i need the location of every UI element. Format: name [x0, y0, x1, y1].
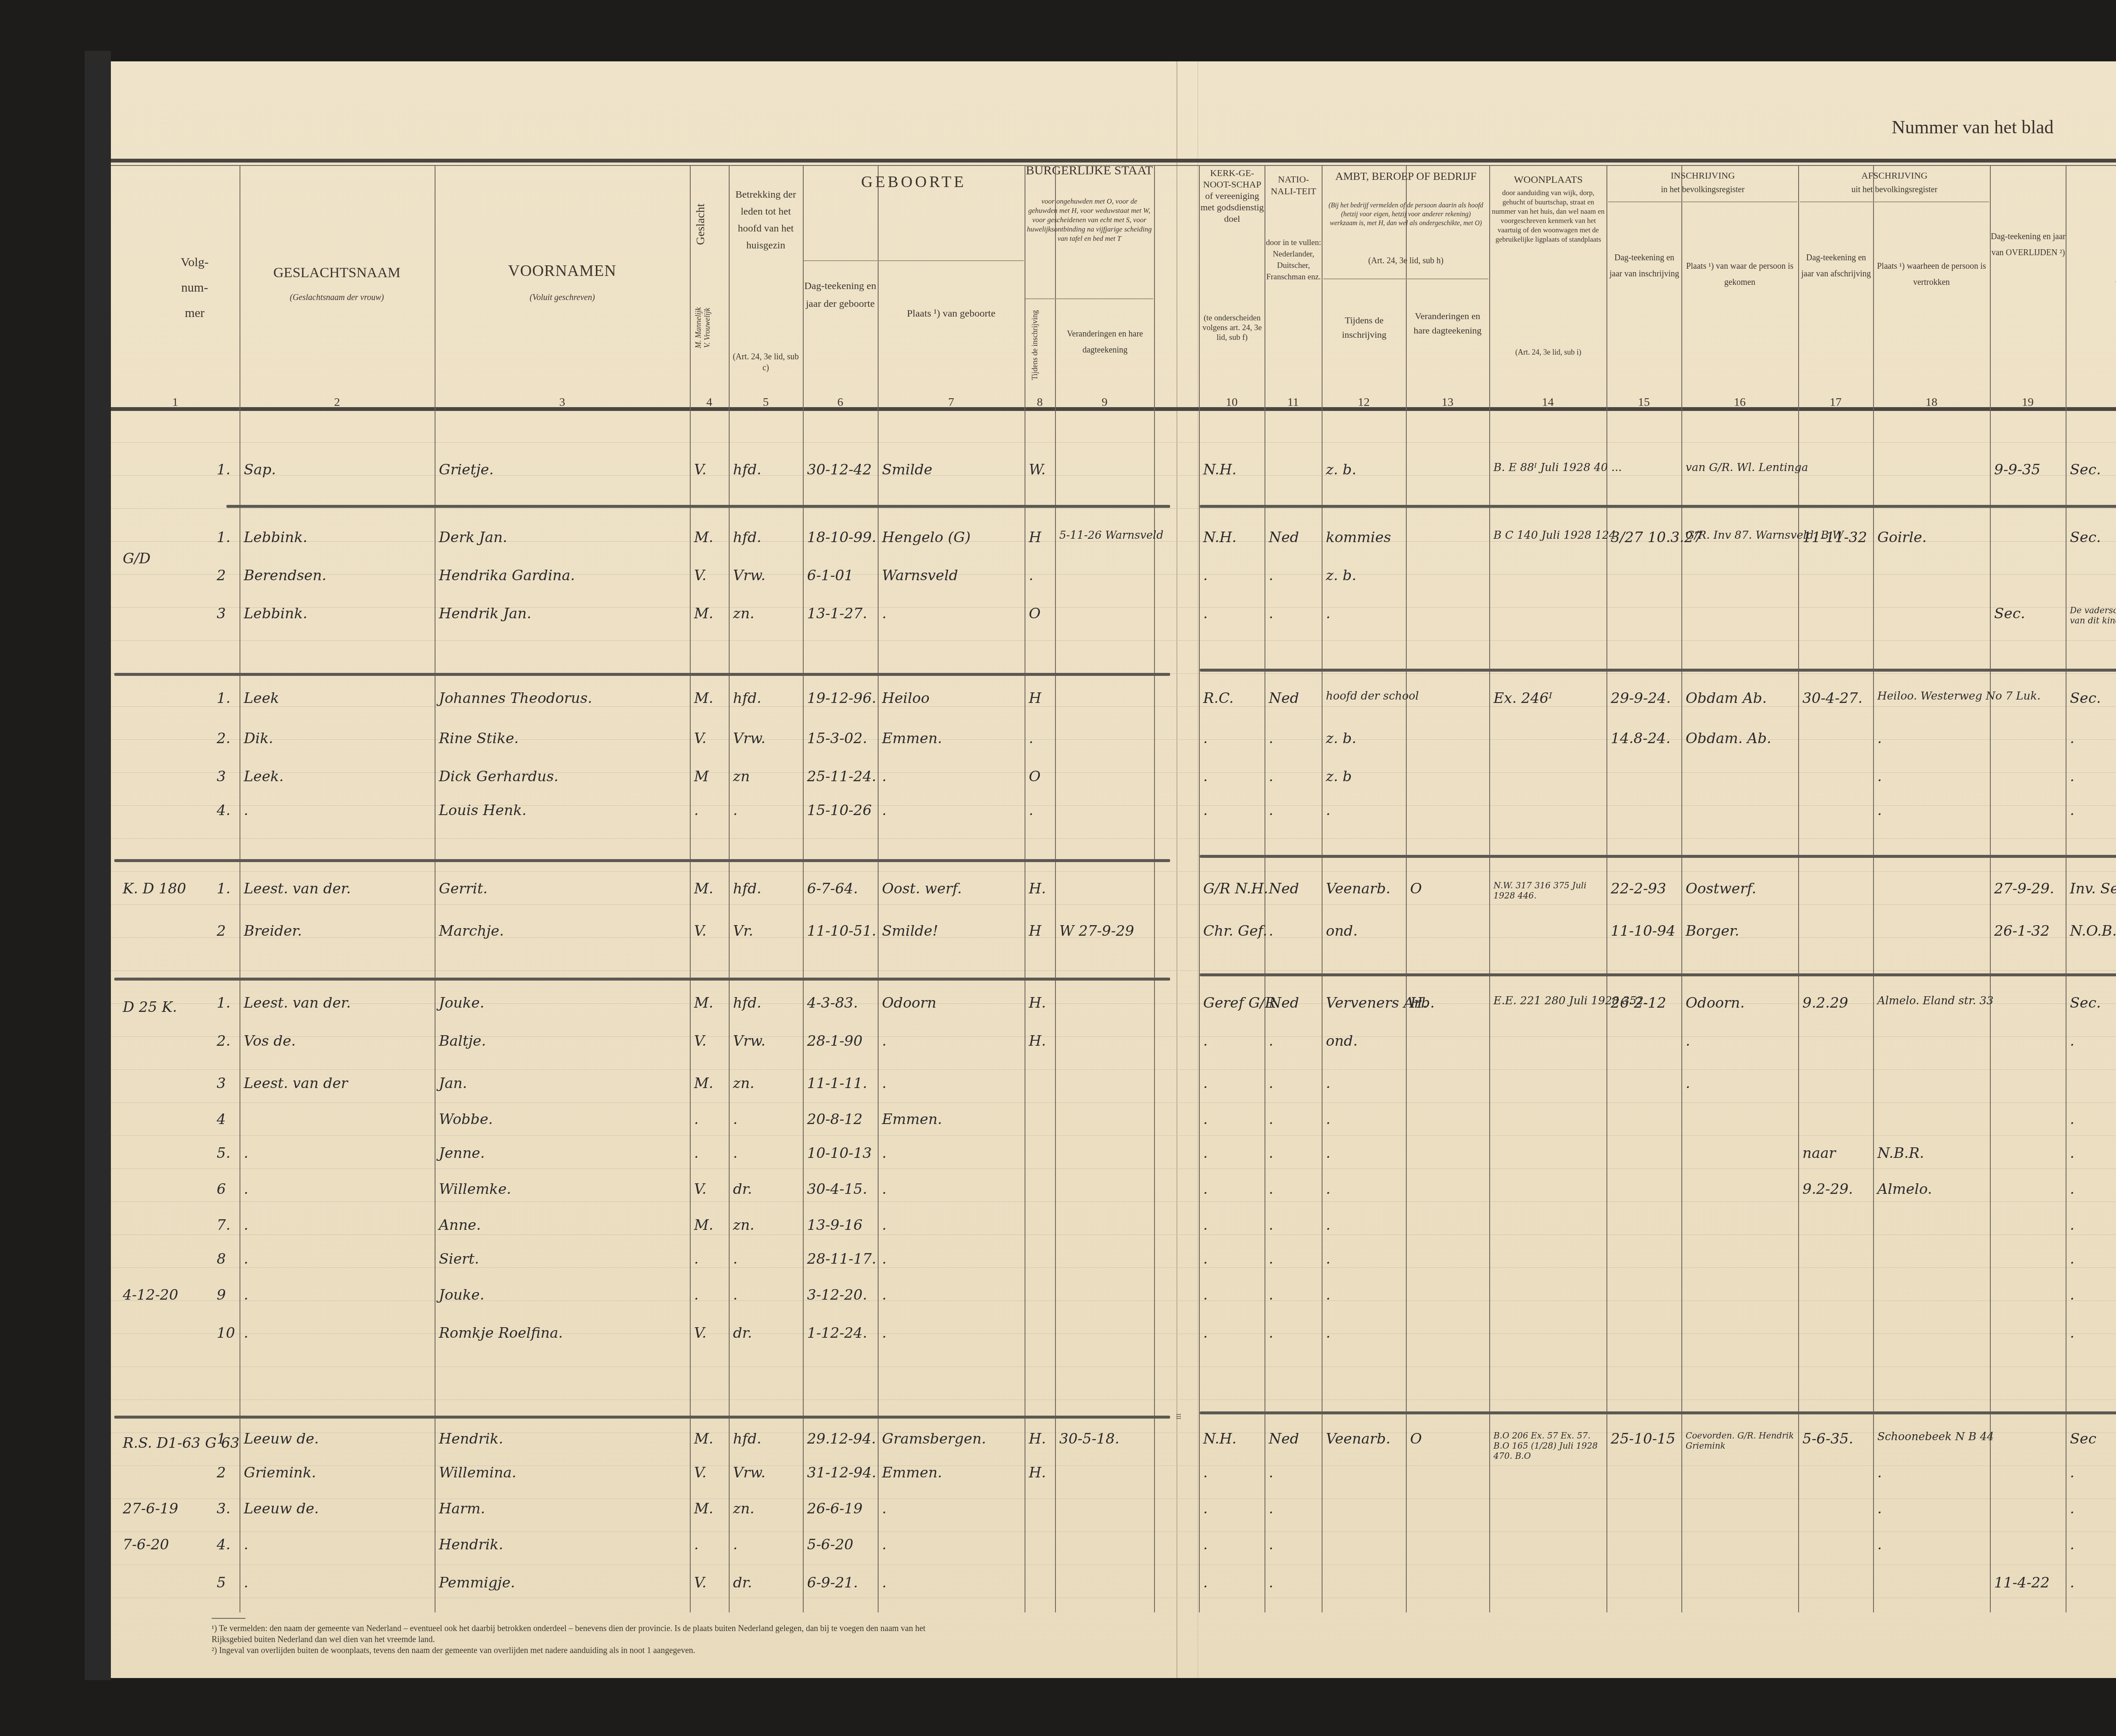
entry-given: Louis Henk.: [439, 802, 526, 819]
entry-birth-date: 13-9-16: [807, 1217, 862, 1234]
entry-birth-date: 13-1-27.: [807, 605, 867, 622]
entry-religion: G/R N.H.: [1203, 880, 1268, 897]
ruled-line: [111, 739, 2116, 740]
entry-relation: hfd.: [733, 995, 761, 1011]
entry-given: Hendrika Gardina.: [439, 567, 575, 584]
ruled-line: [111, 1268, 2116, 1268]
ruled-line: [111, 1135, 2116, 1136]
entry-nationality: .: [1269, 1287, 1273, 1303]
entry-surname: .: [244, 1181, 248, 1198]
entry-relation: Vrw.: [733, 1464, 766, 1481]
entry-residence: Ex. 246ᴵ: [1493, 690, 1552, 707]
entry-civil: O: [1029, 768, 1041, 785]
entry-civil: H.: [1029, 1033, 1046, 1050]
header-inschrijving-sub: in het bevolkingsregister: [1607, 183, 1798, 196]
header-afschrijving-datum: Dag-teekening en jaar van afschrijving: [1799, 250, 1873, 282]
entry-occupation: ond.: [1326, 923, 1358, 940]
entry-remarks: .: [2070, 1217, 2075, 1234]
column-number: 5: [729, 396, 803, 409]
ruled-line: [111, 1168, 2116, 1169]
entry-birth-date: 29.12-94.: [807, 1430, 876, 1447]
entry-sex: .: [694, 1145, 699, 1162]
entry-religion: .: [1203, 605, 1208, 622]
header-ambt: AMBT, BEROEP OF BEDRIJF: [1322, 169, 1489, 184]
column-number: 14: [1489, 396, 1606, 409]
entry-remarks: Inv. Sec.: [2070, 880, 2116, 897]
entry-religion: .: [1203, 1181, 1208, 1198]
entry-nationality: .: [1269, 1574, 1273, 1591]
entry-nr: 5.: [217, 1145, 230, 1162]
entry-given: Jouke.: [439, 995, 485, 1011]
household-margin-note: D 25 K.: [123, 999, 177, 1016]
entry-birth-place: .: [882, 768, 887, 785]
entry-religion: N.H.: [1203, 1430, 1237, 1447]
ruled-line: [111, 1234, 2116, 1235]
ruled-line: [111, 772, 2116, 773]
entry-occupation: ond.: [1326, 1033, 1358, 1050]
entry-relation: Vrw.: [733, 730, 766, 747]
entry-civil: .: [1029, 802, 1033, 819]
entry-from-place: Odoorn.: [1686, 995, 1745, 1011]
entry-given: Dick Gerhardus.: [439, 768, 558, 785]
entry-birth-place: Emmen.: [882, 1464, 942, 1481]
entry-occ-change: O: [1410, 880, 1422, 897]
entry-remarks: .: [2070, 1111, 2075, 1128]
entry-residence: N.W. 317 316 375 Juli 1928 446.: [1493, 880, 1606, 901]
column-number: 9: [1055, 396, 1154, 409]
column-divider: [1990, 165, 1991, 1612]
column-divider: [1154, 165, 1155, 1612]
ruled-line: [111, 508, 2116, 509]
column-number: 1: [111, 396, 240, 409]
entry-nr: 2: [217, 567, 226, 584]
ruled-line: [111, 1499, 2116, 1499]
header-inschrijving: INSCHRIJVING: [1607, 169, 1798, 182]
header-afschrijving-sub: uit het bevolkingsregister: [1799, 183, 1990, 196]
ruled-line: [111, 1069, 2116, 1070]
gutter-mark: III: [1174, 1414, 1181, 1419]
entry-birth-place: .: [882, 802, 887, 819]
entry-nationality: .: [1269, 1145, 1273, 1162]
entry-surname: .: [244, 1574, 248, 1591]
column-number: 2: [240, 396, 435, 409]
entry-surname: Leek.: [244, 768, 284, 785]
footnotes: ¹) Te vermelden: den naam der gemeente v…: [212, 1623, 931, 1656]
entry-nr: 1.: [217, 995, 230, 1011]
entry-nr: 1.: [217, 880, 230, 897]
entry-to-place: .: [1877, 1464, 1882, 1481]
column-divider: [1055, 165, 1056, 1612]
entry-relation: .: [733, 1111, 738, 1128]
entry-reg-date: 25-10-15: [1611, 1430, 1675, 1447]
entry-given: Marchje.: [439, 923, 504, 940]
header-nationaliteit-sub: door in te vullen: Nederlander, Duitsche…: [1265, 237, 1322, 283]
entry-nr: 3.: [217, 1500, 230, 1517]
header-tijdens-inschrijving: Tijdens de inschrijving: [1030, 300, 1039, 389]
entry-nationality: Ned: [1269, 1430, 1299, 1447]
entry-relation: hfd.: [733, 529, 761, 546]
header-geboorte-datum: Dag-teekening en jaar der geboorte: [803, 277, 878, 313]
entry-nationality: .: [1269, 1075, 1273, 1092]
household-separator: [1200, 505, 2116, 508]
entry-sex: V.: [694, 461, 706, 478]
entry-sex: V.: [694, 1325, 706, 1342]
column-divider: [729, 165, 730, 1612]
entry-religion: .: [1203, 1574, 1208, 1591]
entry-birth-place: .: [882, 1325, 887, 1342]
entry-civil: W.: [1029, 461, 1046, 478]
entry-religion: .: [1203, 1536, 1208, 1553]
entry-surname: Dik.: [244, 730, 273, 747]
ruled-line: [111, 970, 2116, 971]
entry-sex: .: [694, 1251, 699, 1268]
entry-occupation: .: [1326, 1145, 1331, 1162]
column-divider: [1873, 165, 1874, 1612]
column-number: 15: [1606, 396, 1681, 409]
entry-surname: Berendsen.: [244, 567, 326, 584]
entry-birth-date: 18-10-99.: [807, 529, 876, 546]
ruled-line: [111, 1334, 2116, 1334]
entry-occupation: .: [1326, 1075, 1331, 1092]
entry-given: Hendrik.: [439, 1430, 503, 1447]
ruled-line: [111, 1102, 2116, 1103]
entry-religion: .: [1203, 1033, 1208, 1050]
entry-nr: 2.: [217, 730, 230, 747]
entry-reg-date: 22-2-93: [1611, 880, 1666, 897]
column-divider: [1199, 165, 1200, 1612]
entry-reg-date: 14.8-24.: [1611, 730, 1670, 747]
entry-surname: Lebbink.: [244, 605, 307, 622]
header-ambt-ref: (Art. 24, 3e lid, sub h): [1322, 254, 1489, 267]
entry-sex: M.: [694, 880, 714, 897]
entry-sex: M: [694, 768, 709, 785]
column-number: 8: [1025, 396, 1055, 409]
entry-religion: .: [1203, 1500, 1208, 1517]
column-number: 10: [1199, 396, 1265, 409]
entry-nationality: .: [1269, 1325, 1273, 1342]
entry-death: 11-4-22: [1994, 1574, 2050, 1591]
entry-remarks: .: [2070, 1251, 2075, 1268]
burgerlijke-sub-rule: [1025, 298, 1153, 299]
entry-given: Siert.: [439, 1251, 479, 1268]
entry-dereg-date: 11-11-32: [1802, 529, 1867, 546]
entry-relation: dr.: [733, 1181, 752, 1198]
entry-birth-date: 1-12-24.: [807, 1325, 867, 1342]
entry-reg-date: 11-10-94: [1611, 923, 1675, 940]
column-divider: [1606, 165, 1607, 1612]
entry-residence: B.O 206 Ex. 57 Ex. 57. B.O 165 (1/28) Ju…: [1493, 1430, 1606, 1461]
entry-civil: H: [1029, 690, 1041, 707]
entry-occupation: .: [1326, 1181, 1331, 1198]
entry-remarks: Sec.: [2070, 995, 2101, 1011]
ruled-line: [111, 640, 2116, 641]
entry-remarks: N.O.B. .: [2070, 923, 2116, 940]
entry-remarks: Sec.: [2070, 461, 2101, 478]
entry-birth-date: 5-6-20: [807, 1536, 854, 1553]
ruled-line: [111, 1036, 2116, 1037]
header-geslacht: Geslacht: [694, 182, 708, 267]
column-number: 12: [1322, 396, 1406, 409]
entry-nr: 1.: [217, 1430, 230, 1447]
entry-civil: H: [1029, 529, 1041, 546]
entry-from-place: Obdam Ab.: [1686, 690, 1767, 707]
entry-occupation: .: [1326, 1287, 1331, 1303]
entry-birth-date: 6-7-64.: [807, 880, 858, 897]
entry-surname: Leest. van der: [244, 1075, 348, 1092]
page-gutter-line: [1198, 61, 1198, 1678]
entry-nr: 1.: [217, 461, 230, 478]
entry-to-place: Heiloo. Westerweg No 7 Luk.: [1877, 690, 2041, 703]
entry-surname: Leek: [244, 690, 279, 707]
entry-nr: 8: [217, 1251, 226, 1268]
entry-relation: zn.: [733, 1500, 755, 1517]
entry-relation: zn.: [733, 1217, 755, 1234]
column-number: 18: [1873, 396, 1990, 409]
header-woonplaats: WOONPLAATS: [1490, 174, 1606, 186]
column-divider: [435, 165, 435, 1612]
entry-sex: .: [694, 1536, 699, 1553]
entry-religion: .: [1203, 1251, 1208, 1268]
entry-remarks: .: [2070, 1145, 2075, 1162]
entry-surname: .: [244, 1145, 248, 1162]
entry-religion: .: [1203, 1111, 1208, 1128]
household-separator: [1200, 1411, 2116, 1414]
entry-birth-date: 28-11-17.: [807, 1251, 876, 1268]
entry-remarks: .: [2070, 1464, 2075, 1481]
header-geboorte: GEBOORTE: [803, 174, 1025, 190]
entry-nr: 3: [217, 1075, 226, 1092]
entry-sex: V.: [694, 1574, 706, 1591]
header-geboorte-plaats: Plaats ¹) van geboorte: [878, 305, 1025, 322]
entry-nr: 1.: [217, 690, 230, 707]
household-margin-note: G/D: [123, 550, 151, 567]
ruled-line: [111, 442, 2116, 443]
entry-relation: Vrw.: [733, 567, 766, 584]
ruled-line: [111, 904, 2116, 905]
entry-given: Baltje.: [439, 1033, 486, 1050]
entry-remarks: .: [2070, 1574, 2075, 1591]
entry-from-place: Borger.: [1686, 923, 1739, 940]
header-inschrijving-plaats: Plaats ¹) van waar de persoon is gekomen: [1681, 258, 1798, 290]
column-number: 3: [435, 396, 690, 409]
entry-civil: .: [1029, 567, 1033, 584]
entry-dereg-date: 30-4-27.: [1802, 690, 1863, 707]
header-ambt-sub: (Bij het bedrijf vermelden of de persoon…: [1327, 201, 1485, 228]
entry-from-place: van G/R. Wl. Lentinga: [1686, 461, 1808, 474]
header-voornamen: VOORNAMEN: [435, 262, 690, 279]
entry-sex: M.: [694, 1217, 714, 1234]
entry-surname: Griemink.: [244, 1464, 316, 1481]
entry-nationality: .: [1269, 1111, 1273, 1128]
header-kerkgenootschap: KERK-GE-NOOT-SCHAP of vereeniging met go…: [1200, 167, 1265, 224]
entry-nationality: .: [1269, 802, 1273, 819]
entry-occ-change: O: [1410, 1430, 1422, 1447]
entry-relation: .: [733, 802, 738, 819]
entry-nationality: Ned: [1269, 880, 1299, 897]
header-woonplaats-sub: door aanduiding van wijk, dorp, gehucht …: [1492, 188, 1605, 244]
entry-civil-change: 30-5-18.: [1059, 1430, 1119, 1447]
ruled-line: [111, 838, 2116, 839]
entry-civil: .: [1029, 730, 1033, 747]
entry-death: 26-1-32: [1994, 923, 2050, 940]
header-voornamen-sub: (Voluit geschreven): [435, 292, 690, 303]
entry-surname: Breider.: [244, 923, 302, 940]
column-number: 20: [2066, 396, 2116, 409]
entry-from-place: Coevorden. G/R. Hendrik Griemink: [1686, 1430, 1797, 1451]
entry-sex: M.: [694, 995, 714, 1011]
entry-birth-date: 26-6-19: [807, 1500, 862, 1517]
column-number: 19: [1990, 396, 2066, 409]
column-divider: [1025, 165, 1025, 1612]
entry-remarks: Sec.: [2070, 690, 2101, 707]
entry-nationality: Ned: [1269, 529, 1299, 546]
household-separator: [114, 673, 1170, 676]
entry-nr: 5: [217, 1574, 226, 1591]
entry-surname: Leeuw de.: [244, 1430, 319, 1447]
entry-to-place: Almelo. Eland str. 33: [1877, 995, 1994, 1007]
entry-birth-date: 10-10-13: [807, 1145, 872, 1162]
entry-civil: H.: [1029, 1464, 1046, 1481]
entry-nationality: .: [1269, 1251, 1273, 1268]
entry-surname: Lebbink.: [244, 529, 307, 546]
entry-sex: .: [694, 802, 699, 819]
entry-birth-place: Emmen.: [882, 1111, 942, 1128]
entry-death: Sec.: [1994, 605, 2025, 622]
entry-religion: .: [1203, 730, 1208, 747]
entry-relation: .: [733, 1145, 738, 1162]
entry-civil-change: 5-11-26 Warnsveld: [1059, 529, 1163, 542]
entry-remarks: .: [2070, 1287, 2075, 1303]
column-divider: [803, 165, 804, 1612]
entry-occupation: z. b.: [1326, 461, 1356, 478]
entry-sex: V.: [694, 1033, 706, 1050]
header-burgerlijke-staat-sub: voor ongehuwden met O, voor de gehuwden …: [1026, 197, 1152, 243]
ruled-line: [111, 574, 2116, 575]
header-ambt-tijdens: Tijdens de inschrijving: [1322, 313, 1406, 342]
entry-birth-place: .: [882, 1251, 887, 1268]
entry-relation: .: [733, 1536, 738, 1553]
entry-to-place: .: [1877, 802, 1882, 819]
ruled-line: [111, 871, 2116, 872]
inschrijving-sub-rule: [1608, 201, 1797, 202]
entry-relation: hfd.: [733, 880, 761, 897]
entry-remarks: .: [2070, 730, 2075, 747]
entry-surname: Sap.: [244, 461, 276, 478]
column-divider: [1798, 165, 1799, 1612]
entry-surname: Leeuw de.: [244, 1500, 319, 1517]
entry-birth-date: 11-1-11.: [807, 1075, 867, 1092]
entry-given: Derk Jan.: [439, 529, 507, 546]
header-burgerlijke-staat: BURGERLIJKE STAAT: [1025, 163, 1154, 178]
entry-to-place: .: [1877, 1500, 1882, 1517]
entry-surname: .: [244, 1325, 248, 1342]
entry-given: Jouke.: [439, 1287, 485, 1303]
entry-sex: .: [694, 1111, 699, 1128]
entry-occupation: z. b.: [1326, 730, 1356, 747]
entry-relation: Vrw.: [733, 1033, 766, 1050]
entry-birth-date: 20-8-12: [807, 1111, 862, 1128]
entry-birth-date: 28-1-90: [807, 1033, 862, 1050]
entry-birth-place: .: [882, 1536, 887, 1553]
entry-birth-date: 4-3-83.: [807, 995, 858, 1011]
entry-religion: Chr. Gef.: [1203, 923, 1267, 940]
entry-remarks: .: [2070, 1536, 2075, 1553]
entry-to-place: Schoonebeek N B 44: [1877, 1430, 1994, 1443]
entry-religion: .: [1203, 1287, 1208, 1303]
entry-relation: zn.: [733, 605, 755, 622]
entry-birth-place: Odoorn: [882, 995, 937, 1011]
entry-birth-place: .: [882, 1217, 887, 1234]
entry-nr: 4.: [217, 1536, 230, 1553]
entry-relation: Vr.: [733, 923, 753, 940]
entry-religion: R.C.: [1203, 690, 1234, 707]
entry-residence: B C 140 Juli 1928 124.: [1493, 529, 1620, 542]
header-geslacht-sub: M. Mannelijk V. Vrouwelijk: [694, 271, 712, 385]
member-margin-note: 4-12-20: [123, 1287, 178, 1303]
entry-relation: dr.: [733, 1325, 752, 1342]
ruled-line: [111, 805, 2116, 806]
entry-occupation: z. b.: [1326, 567, 1356, 584]
entry-reg-date: 29-9-24.: [1611, 690, 1671, 707]
entry-birth-place: .: [882, 1033, 887, 1050]
ruled-line: [111, 1400, 2116, 1400]
entry-religion: N.H.: [1203, 461, 1237, 478]
entry-sex: V.: [694, 730, 706, 747]
ambt-sub-rule: [1323, 278, 1488, 279]
entry-birth-place: .: [882, 1075, 887, 1092]
footnote-2: ²) Ingeval van overlijden buiten de woon…: [212, 1645, 931, 1656]
entry-nationality: .: [1269, 1033, 1273, 1050]
entry-birth-place: Smilde!: [882, 923, 938, 940]
header-kerkgenootschap-ref: (te onderscheiden volgens art. 24, 3e li…: [1200, 313, 1265, 342]
entry-religion: .: [1203, 1464, 1208, 1481]
entry-occupation: z. b: [1326, 768, 1352, 785]
geboorte-sub-rule: [804, 260, 1024, 261]
entry-remarks: .: [2070, 1325, 2075, 1342]
entry-to-place: N.B.R.: [1877, 1145, 1924, 1162]
entry-sex: V.: [694, 567, 706, 584]
column-divider: [2066, 165, 2066, 1612]
entry-relation: zn.: [733, 1075, 755, 1092]
household-separator: [114, 1416, 1170, 1419]
entry-occupation: .: [1326, 605, 1331, 622]
entry-sex: .: [694, 1287, 699, 1303]
entry-sex: M.: [694, 690, 714, 707]
entry-remarks: .: [2070, 1181, 2075, 1198]
afschrijving-sub-rule: [1800, 201, 1989, 202]
header-betrekking-ref: (Art. 24, 3e lid, sub c): [729, 351, 803, 373]
household-separator: [1200, 973, 2116, 976]
entry-from-place: Obdam. Ab.: [1686, 730, 1772, 747]
entry-given: Anne.: [439, 1217, 481, 1234]
entry-to-place: Goirle.: [1877, 529, 1927, 546]
header-overlijden: Dag-teekening en jaar van OVERLIJDEN ²): [1991, 229, 2066, 261]
entry-given: Romkje Roelfina.: [439, 1325, 563, 1342]
entry-religion: N.H.: [1203, 529, 1237, 546]
entry-surname: Leest. van der.: [244, 880, 351, 897]
entry-birth-date: 15-3-02.: [807, 730, 867, 747]
entry-to-place: .: [1877, 730, 1882, 747]
entry-surname: Vos de.: [244, 1033, 296, 1050]
entry-from-place: .: [1686, 1075, 1690, 1092]
entry-relation: hfd.: [733, 690, 761, 707]
entry-surname: .: [244, 1251, 248, 1268]
entry-religion: .: [1203, 802, 1208, 819]
household-separator: [226, 505, 1170, 508]
entry-relation: hfd.: [733, 1430, 761, 1447]
book-cover-left: [85, 51, 111, 1680]
entry-relation: hfd.: [733, 461, 761, 478]
